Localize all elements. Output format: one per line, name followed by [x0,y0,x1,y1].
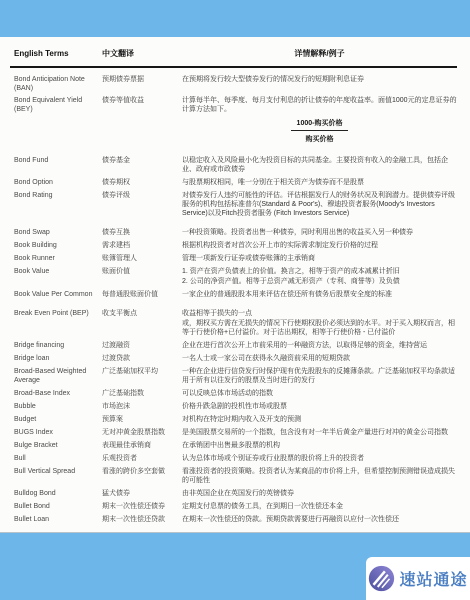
term-english: Bridge financing [10,341,102,350]
term-chinese: 账面价值 [102,267,182,276]
glossary-row: Bull Vertical Spread 看涨的跨价多空套做 看涨投资者的投资策… [10,467,457,486]
term-chinese: 猛犬债券 [102,489,182,498]
term-english: Book Value Per Common [10,290,102,299]
term-english: Book Value [10,267,102,276]
glossary-row: Bond Fund 债券基金 以稳定收入及风险最小化为投资目标的共同基金。主要投… [10,156,457,175]
explanation-paragraph: 定期支付息票的债务工具，在到期日一次性偿还本金 [182,502,457,511]
glossary-row: Book Value Per Common 每普通股账面价值 一家企业的普通股股… [10,290,457,300]
explanation-paragraph: 管理一项新发行证券或债券账簿的主承销商 [182,254,457,263]
explanation-paragraph: 一名人士或一家公司在获得永久融资前采用的短期贷款 [182,354,457,363]
term-english: Bond Rating [10,191,102,200]
term-explanation: 在承销团中出售最多股票的机构 [182,441,457,451]
explanation-paragraph: 由非英国企业在英国发行的英镑债券 [182,489,457,498]
term-explanation: 一名人士或一家公司在获得永久融资前采用的短期贷款 [182,354,457,364]
term-explanation: 以稳定收入及风险最小化为投资目标的共同基金。主要投资有收入的金融工具，包括企业、… [182,156,457,175]
header-explanation: 详情解释/例子 [182,49,457,59]
term-explanation: 认为总体市场或个别证券或行业股票的股价将上升的投资者 [182,454,457,464]
term-explanation: 对债券发行人违约可能性的评估。评估根据发行人的财务状况及利润潜力。提供债券评级服… [182,191,457,219]
term-chinese: 市场泡沫 [102,402,182,411]
term-explanation: 对机构在特定时期内收入及开支的预测 [182,415,457,425]
term-chinese: 债券期权 [102,178,182,187]
term-chinese: 预期债券票据 [102,75,182,84]
term-english: Book Building [10,241,102,250]
glossary-row: BUGS Index 无对冲黄金股票指数 是美国股票交易所的一个指数，包含没有对… [10,428,457,438]
header-english-terms: English Terms [10,49,102,59]
glossary-row: Break Even Point (BEP) 收支平衡点 收益相等于损失的一点或… [10,309,457,338]
glossary-row: Bond Rating 债券评级 对债券发行人违约可能性的评估。评估根据发行人的… [10,191,457,219]
term-english: Bond Equivalent Yield (BEY) [10,96,102,114]
explanation-paragraph: 认为总体市场或个别证券或行业股票的股价将上升的投资者 [182,454,457,463]
term-chinese: 过渡融资 [102,341,182,350]
glossary-row: Bulge Bracket 表现最佳承销商 在承销团中出售最多股票的机构 [10,441,457,451]
term-explanation: 一家企业的普通股股本用来评估在偿还所有债务后股票安全度的标准 [182,290,457,300]
term-chinese: 期末一次性偿还债券 [102,502,182,511]
term-explanation: 一种投资策略。投资者出售一种债券，同时利用出售的收益买入另一种债券 [182,228,457,238]
glossary-row: Bond Option 债券期权 与股票期权相同，唯一分别在于相关资产为债券而不… [10,178,457,188]
glossary-rows: Bond Anticipation Note (BAN) 预期债券票据 在预期将… [10,68,457,525]
glossary-row: Bullet Bond 期末一次性偿还债券 定期支付息票的债务工具，在到期日一次… [10,502,457,512]
term-english: Bond Option [10,178,102,187]
term-chinese: 预算案 [102,415,182,424]
term-chinese: 收支平衡点 [102,309,182,318]
explanation-paragraph: 一家企业的普通股股本用来评估在偿还所有债务后股票安全度的标准 [182,290,457,299]
explanation-paragraph: 根据机构投资者对首次公开上市的实际需求制定发行价格的过程 [182,241,457,250]
explanation-paragraph: 在期末一次性偿还的贷款。预期贷款需要进行再融资以应付一次性偿还 [182,515,457,524]
term-explanation: 由非英国企业在英国发行的英镑债券 [182,489,457,499]
term-chinese: 无对冲黄金股票指数 [102,428,182,437]
term-chinese: 需求建档 [102,241,182,250]
explanation-paragraph: 对机构在特定时期内收入及开支的预测 [182,415,457,424]
glossary-sheet: English Terms 中文翻译 详情解释/例子 Bond Anticipa… [0,37,470,533]
term-english: Bond Anticipation Note (BAN) [10,75,102,93]
glossary-row: Bubble 市场泡沫 价格升跌急剧的投机性市场或股票 [10,402,457,412]
glossary-row: Bullet Loan 期末一次性偿还贷款 在期末一次性偿还的贷款。预期贷款需要… [10,515,457,525]
term-english: Bond Swap [10,228,102,237]
term-chinese: 债券互换 [102,228,182,237]
term-chinese: 过渡贷款 [102,354,182,363]
glossary-row: Bridge financing 过渡融资 企业在进行首次公开上市前采用的一种融… [10,341,457,351]
explanation-paragraph: 一种在企业进行信贷发行时保护现有优先股股东的反摊薄条款。广泛基础加权平均条款适用… [182,367,457,385]
table-header: English Terms 中文翻译 详情解释/例子 [10,45,457,68]
term-chinese: 债券基金 [102,156,182,165]
term-explanation: 根据机构投资者对首次公开上市的实际需求制定发行价格的过程 [182,241,457,251]
term-explanation: 收益相等于损失的一点或，期权买方需在无损失的情况下行使期权股价必须达到的水平。对… [182,309,457,338]
term-chinese: 账簿管理人 [102,254,182,263]
term-english: Break Even Point (BEP) [10,309,102,318]
term-english: Broad-Base Index [10,389,102,398]
term-explanation: 可以反映总体市场活动的指数 [182,389,457,399]
site-logo[interactable]: 速站通途 [366,557,470,600]
explanation-paragraph: 可以反映总体市场活动的指数 [182,389,457,398]
explanation-paragraph: 价格升跌急剧的投机性市场或股票 [182,402,457,411]
formula-denominator: 购买价格 [291,131,349,144]
glossary-row: Book Value 账面价值 1. 资产在资产负债表上的价值。换言之，相等于资… [10,267,457,287]
term-english: Bullet Bond [10,502,102,511]
term-english: Book Runner [10,254,102,263]
term-explanation: 价格升跌急剧的投机性市场或股票 [182,402,457,412]
term-english: Bubble [10,402,102,411]
term-english: Bond Fund [10,156,102,165]
term-english: Budget [10,415,102,424]
term-english: BUGS Index [10,428,102,437]
explanation-paragraph: 与股票期权相同，唯一分别在于相关资产为债券而不是股票 [182,178,457,187]
term-chinese: 期末一次性偿还贷款 [102,515,182,524]
explanation-paragraph: 在预期将发行较大型债券发行的情况发行的短期附利息证券 [182,75,457,84]
explanation-paragraph: 计算每半年、每季度、每月支付利息的折让债券的年度收益率。面值1000元的定息证券… [182,96,457,114]
glossary-row: Broad-Base Index 广泛基础指数 可以反映总体市场活动的指数 [10,389,457,399]
glossary-row: Bridge loan 过渡贷款 一名人士或一家公司在获得永久融资前采用的短期贷… [10,354,457,364]
term-explanation: 是美国股票交易所的一个指数，包含没有对一年半后黄金产量进行对冲的黄金公司指数 [182,428,457,438]
glossary-row: Bulldog Bond 猛犬债券 由非英国企业在英国发行的英镑债券 [10,489,457,499]
formula-numerator: 1000-购买价格 [291,119,349,131]
explanation-paragraph: 以稳定收入及风险最小化为投资目标的共同基金。主要投资有收入的金融工具，包括企业、… [182,156,457,174]
term-chinese: 广泛基础指数 [102,389,182,398]
term-explanation: 在预期将发行较大型债券发行的情况发行的短期附利息证券 [182,75,457,85]
glossary-row: Broad-Based Weighted Average 广泛基础加权平均 一种… [10,367,457,386]
striped-circle-icon [368,565,395,592]
explanation-paragraph: 一种投资策略。投资者出售一种债券，同时利用出售的收益买入另一种债券 [182,228,457,237]
term-english: Bridge loan [10,354,102,363]
term-chinese: 看涨的跨价多空套做 [102,467,182,476]
explanation-paragraph: 2. 公司的净资产值。相等于总资产减无形资产（专利、商誉等）及负债 [182,277,457,286]
term-english: Broad-Based Weighted Average [10,367,102,385]
term-chinese: 表现最佳承销商 [102,441,182,450]
term-explanation: 定期支付息票的债务工具，在到期日一次性偿还本金 [182,502,457,512]
term-english: Bull Vertical Spread [10,467,102,476]
glossary-row: Bond Anticipation Note (BAN) 预期债券票据 在预期将… [10,75,457,93]
term-english: Bull [10,454,102,463]
glossary-row: Book Building 需求建档 根据机构投资者对首次公开上市的实际需求制定… [10,241,457,251]
term-english: Bullet Loan [10,515,102,524]
explanation-paragraph: 在承销团中出售最多股票的机构 [182,441,457,450]
site-logo-text: 速站通途 [399,567,467,590]
explanation-paragraph: 对债券发行人违约可能性的评估。评估根据发行人的财务状况及利润潜力。提供债券评级服… [182,191,457,218]
term-explanation: 看涨投资者的投资策略。投资者认为某商品的市价将上升，但希望控制预测错误造成损失的… [182,467,457,486]
term-chinese: 每普通股账面价值 [102,290,182,299]
explanation-paragraph: 1. 资产在资产负债表上的价值。换言之，相等于资产的成本减累计折旧 [182,267,457,276]
glossary-row: Book Runner 账簿管理人 管理一项新发行证券或债券账簿的主承销商 [10,254,457,264]
glossary-row: Budget 预算案 对机构在特定时期内收入及开支的预测 [10,415,457,425]
term-explanation: 在期末一次性偿还的贷款。预期贷款需要进行再融资以应付一次性偿还 [182,515,457,525]
glossary-row: Bull 乐观投资者 认为总体市场或个别证券或行业股票的股价将上升的投资者 [10,454,457,464]
term-chinese: 广泛基础加权平均 [102,367,182,376]
explanation-paragraph: 收益相等于损失的一点 [182,309,457,318]
term-chinese: 债券评级 [102,191,182,200]
glossary-row: Bond Equivalent Yield (BEY) 债券等值收益 计算每半年… [10,96,457,147]
term-chinese: 乐观投资者 [102,454,182,463]
term-explanation: 计算每半年、每季度、每月支付利息的折让债券的年度收益率。面值1000元的定息证券… [182,96,457,147]
explanation-paragraph: 看涨投资者的投资策略。投资者认为某商品的市价将上升，但希望控制预测错误造成损失的… [182,467,457,485]
term-explanation: 管理一项新发行证券或债券账簿的主承销商 [182,254,457,264]
term-explanation: 企业在进行首次公开上市前采用的一种融资方法，以取得足够的资金，维持营运 [182,341,457,351]
bey-fraction-formula: 1000-购买价格购买价格 [291,119,349,144]
term-explanation: 1. 资产在资产负债表上的价值。换言之，相等于资产的成本减累计折旧2. 公司的净… [182,267,457,287]
explanation-paragraph: 企业在进行首次公开上市前采用的一种融资方法，以取得足够的资金，维持营运 [182,341,457,350]
header-chinese-translation: 中文翻译 [102,49,182,59]
term-explanation: 与股票期权相同，唯一分别在于相关资产为债券而不是股票 [182,178,457,188]
glossary-row: Bond Swap 债券互换 一种投资策略。投资者出售一种债券，同时利用出售的收… [10,228,457,238]
explanation-paragraph: 是美国股票交易所的一个指数，包含没有对一年半后黄金产量进行对冲的黄金公司指数 [182,428,457,437]
term-english: Bulge Bracket [10,441,102,450]
explanation-paragraph: 或，期权买方需在无损失的情况下行使期权股价必须达到的水平。对于买入期权而言，相等… [182,319,457,337]
glossary-table: English Terms 中文翻译 详情解释/例子 Bond Anticipa… [0,37,470,525]
term-chinese: 债券等值收益 [102,96,182,105]
page: English Terms 中文翻译 详情解释/例子 Bond Anticipa… [0,0,470,600]
term-explanation: 一种在企业进行信贷发行时保护现有优先股股东的反摊薄条款。广泛基础加权平均条款适用… [182,367,457,386]
term-english: Bulldog Bond [10,489,102,498]
